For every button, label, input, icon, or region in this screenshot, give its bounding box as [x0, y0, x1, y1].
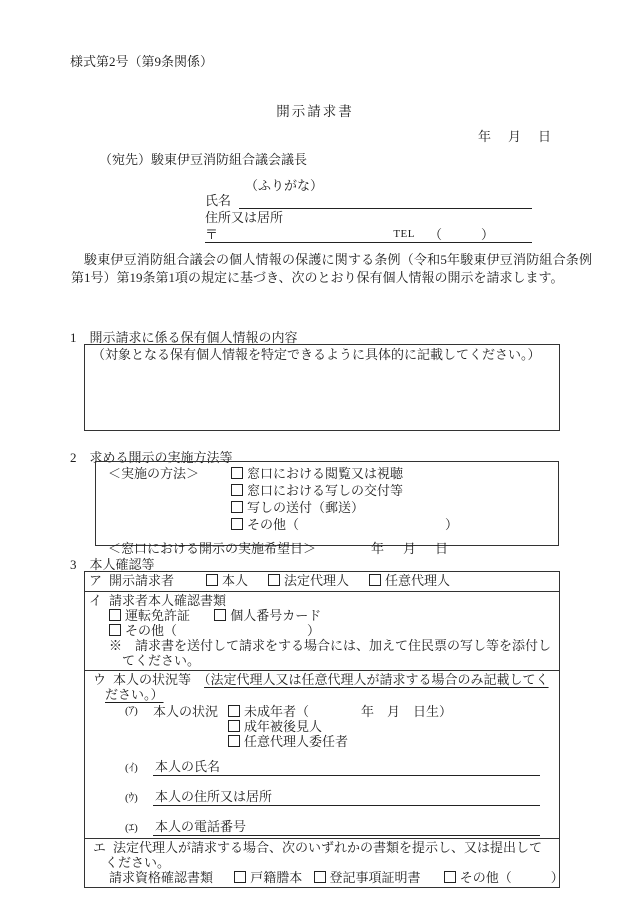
- principal-phone-row: (ｴ) 本人の電話番号: [89, 819, 555, 836]
- row-i-note: ※ 請求書を送付して請求をする場合には、加えて住民票の写し等を添付してください。: [89, 638, 555, 668]
- page-title: 開示請求書: [0, 100, 630, 120]
- qualification-doc-option: 戸籍謄本: [234, 870, 302, 885]
- checkbox-self: [206, 574, 218, 586]
- row-e-marker: エ: [93, 840, 113, 855]
- method-option-label: 窓口における写しの交付等: [247, 483, 403, 498]
- wish-date-row: ＜窓口における開示の実施希望日＞ 年 月 日: [108, 540, 558, 557]
- status-option: 任意代理人委任者: [228, 734, 452, 749]
- checkbox-window-copy: [231, 484, 243, 496]
- method-option-label: 窓口における閲覧又は視聴: [247, 466, 403, 481]
- row-e-text: エ法定代理人が請求する場合、次のいずれかの書類を提示し、又は提出してください。: [89, 840, 555, 870]
- intro-paragraph: 駿東伊豆消防組合議会の個人情報の保護に関する条例（令和5年駿東伊豆消防組合条例第…: [71, 251, 592, 286]
- qualification-doc-label: 戸籍謄本: [250, 870, 302, 885]
- checkbox-family-register: [234, 871, 246, 883]
- name-fill-line: [239, 193, 532, 209]
- tel-label: TEL: [393, 227, 429, 242]
- principal-phone-label: 本人の電話番号: [155, 819, 246, 834]
- checkbox-window-viewing: [231, 467, 243, 479]
- method-row: ＜実施の方法＞ 窓口における閲覧又は視聴 窓口における写しの交付等 写しの送付（…: [108, 465, 558, 533]
- requester-option: 法定代理人: [268, 573, 349, 589]
- name-label: 氏名: [205, 193, 239, 209]
- requester-option: 任意代理人: [369, 573, 450, 589]
- identity-check-table: ア 開示請求者 本人 法定代理人 任意代理人 イ 請求者本人確認書類 運転免許証…: [84, 571, 560, 888]
- principal-name-label: 本人の氏名: [155, 759, 220, 774]
- other-close-paren: ）: [445, 517, 458, 532]
- id-doc-other-label: その他（: [125, 623, 177, 638]
- row-i-title-line: イ 請求者本人確認書類: [89, 593, 555, 608]
- sub-e-marker: (ｴ): [125, 821, 153, 836]
- sub-a-marker: (ｱ): [125, 704, 153, 749]
- id-doc-option-label: 個人番号カード: [230, 608, 321, 623]
- sub-a-label: 本人の状況: [153, 704, 228, 749]
- wish-date-label: ＜窓口における開示の実施希望日＞: [108, 540, 316, 557]
- status-option: 成年被後見人: [228, 719, 452, 734]
- row-principal-status: ウ本人の状況等 （法定代理人又は任意代理人が請求する場合のみ記載してください。）…: [85, 670, 559, 838]
- checkbox-voluntary-delegator: [228, 735, 240, 747]
- qualification-docs-label: 請求資格確認書類: [109, 870, 213, 885]
- row-requester: ア 開示請求者 本人 法定代理人 任意代理人: [85, 572, 559, 591]
- row-u-header: ウ本人の状況等 （法定代理人又は任意代理人が請求する場合のみ記載してください。）: [89, 672, 555, 702]
- requester-option: 本人: [206, 573, 248, 589]
- qualification-doc-option: その他（ ）: [444, 870, 564, 885]
- row-u-title: 本人の状況等: [113, 672, 191, 687]
- section3-heading: 3 本人確認等: [70, 557, 155, 572]
- status-option-label: 任意代理人委任者: [244, 734, 348, 749]
- status-option-label: 成年被後見人: [244, 719, 322, 734]
- checkbox-voluntary-representative: [369, 574, 381, 586]
- section2-method-box: ＜実施の方法＞ 窓口における閲覧又は視聴 窓口における写しの交付等 写しの送付（…: [95, 461, 559, 546]
- row-i-title: 請求者本人確認書類: [109, 593, 226, 608]
- status-option: 未成年者（ 年 月 日生）: [228, 704, 452, 719]
- requester-option-label: 任意代理人: [385, 573, 450, 588]
- id-doc-option: 個人番号カード: [214, 608, 321, 623]
- section1-heading: 1 開示請求に係る保有個人情報の内容: [70, 330, 298, 345]
- checkbox-docs-other: [444, 871, 456, 883]
- postal-tel-row: 〒 TEL （ ）: [205, 225, 532, 243]
- principal-address-fill-line: 本人の住所又は居所: [153, 789, 540, 806]
- document-page: 様式第2号（第9条関係） 開示請求書 年 月 日 （宛先）駿東伊豆消防組合議会議…: [0, 0, 630, 903]
- principal-name-fill-line: 本人の氏名: [153, 759, 540, 776]
- id-doc-option-label: 運転免許証: [125, 608, 190, 623]
- checkbox-adult-ward: [228, 720, 240, 732]
- principal-phone-fill-line: 本人の電話番号: [153, 819, 540, 836]
- row-u-marker: ウ: [93, 672, 113, 687]
- principal-address-label: 本人の住所又は居所: [155, 789, 272, 804]
- qualification-doc-label: その他（ ）: [460, 870, 564, 885]
- qualification-docs-line: 請求資格確認書類 戸籍謄本 登記事項証明書 その他（ ）: [89, 870, 555, 885]
- address-label: 住所又は居所: [205, 210, 532, 225]
- checkbox-mynumber-card: [214, 609, 226, 621]
- checkbox-drivers-license: [109, 609, 121, 621]
- id-doc-option: 運転免許証: [109, 608, 190, 623]
- principal-status-options: 未成年者（ 年 月 日生） 成年被後見人 任意代理人委任者: [228, 704, 452, 749]
- principal-status-row: (ｱ) 本人の状況 未成年者（ 年 月 日生） 成年被後見人 任意代理人委任者: [89, 704, 555, 749]
- id-doc-other-paren: ）: [307, 623, 320, 638]
- method-option-other: その他（）: [231, 516, 458, 533]
- row-legal-rep-documents: エ法定代理人が請求する場合、次のいずれかの書類を提示し、又は提出してください。 …: [85, 838, 559, 887]
- checkbox-minor: [228, 705, 240, 717]
- applicant-block: （ふりがな） 氏名 住所又は居所 〒 TEL （ ）: [205, 178, 532, 243]
- requester-option-label: 本人: [222, 573, 248, 588]
- section1-content-box: （対象となる保有個人情報を特定できるように具体的に記載してください。）: [84, 344, 560, 431]
- method-option: 写しの送付（郵送）: [231, 499, 458, 516]
- addressee-line: （宛先）駿東伊豆消防組合議会議長: [99, 149, 307, 168]
- date-line: 年 月 日: [478, 126, 553, 145]
- checkbox-mail-copy: [231, 501, 243, 513]
- status-option-label: 未成年者（ 年 月 日生）: [244, 704, 452, 719]
- row-a-marker: ア: [89, 573, 109, 589]
- furigana-label: （ふりがな）: [205, 178, 532, 193]
- checkbox-id-doc-other: [109, 624, 121, 636]
- form-code: 様式第2号（第9条関係）: [70, 51, 213, 70]
- method-option: 窓口における写しの交付等: [231, 482, 458, 499]
- qualification-doc-label: 登記事項証明書: [330, 870, 421, 885]
- tel-paren: （ ）: [429, 227, 532, 242]
- qualification-doc-option: 登記事項証明書: [314, 870, 421, 885]
- id-doc-other-line: その他（）: [89, 623, 555, 638]
- row-i-marker: イ: [89, 593, 109, 608]
- postal-mark-icon: 〒: [205, 227, 218, 242]
- method-option-label: 写しの送付（郵送）: [247, 500, 364, 515]
- checkbox-registration-certificate: [314, 871, 326, 883]
- requester-option-label: 法定代理人: [284, 573, 349, 588]
- checkbox-method-other: [231, 518, 243, 530]
- section1-box-note: （対象となる保有個人情報を特定できるように具体的に記載してください。）: [92, 347, 541, 362]
- principal-name-row: (ｲ) 本人の氏名: [89, 759, 555, 776]
- row-id-documents: イ 請求者本人確認書類 運転免許証 個人番号カード その他（） ※ 請求書を送付…: [85, 591, 559, 670]
- principal-address-row: (ｳ) 本人の住所又は居所: [89, 789, 555, 806]
- row-a-label: 開示請求者: [109, 573, 174, 589]
- sub-u-marker: (ｳ): [125, 791, 153, 806]
- sub-i-marker: (ｲ): [125, 761, 153, 776]
- method-option-label: その他（: [247, 517, 299, 532]
- method-label: ＜実施の方法＞: [108, 465, 231, 533]
- checkbox-legal-representative: [268, 574, 280, 586]
- name-row: 氏名: [205, 193, 532, 209]
- row-e-instruction: 法定代理人が請求する場合、次のいずれかの書類を提示し、又は提出してください。: [105, 840, 542, 870]
- method-option: 窓口における閲覧又は視聴: [231, 465, 458, 482]
- id-doc-options: 運転免許証 個人番号カード: [89, 608, 555, 623]
- wish-date-value: 年 月 日: [371, 540, 451, 557]
- method-options: 窓口における閲覧又は視聴 窓口における写しの交付等 写しの送付（郵送） その他（…: [231, 465, 458, 533]
